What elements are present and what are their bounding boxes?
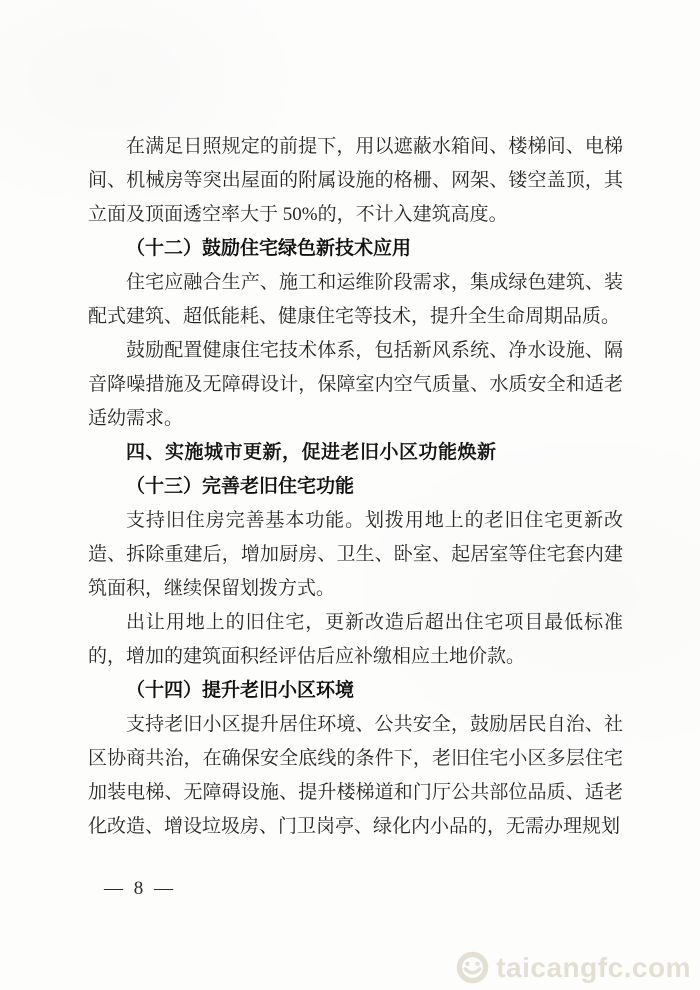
watermark-text: taicangfc.com: [496, 952, 691, 984]
section-heading-14: （十四）提升老旧小区环境: [88, 674, 623, 708]
section-heading-12: （十二）鼓励住宅绿色新技术应用: [88, 232, 623, 266]
paragraph-old-housing-functions: 支持旧住房完善基本功能。划拨用地上的老旧住宅更新改造、拆除重建后，增加厨房、卫生…: [88, 504, 623, 606]
chapter-heading-4: 四、实施城市更新，促进老旧小区功能焕新: [88, 436, 623, 470]
document-body: 在满足日照规定的前提下，用以遮蔽水箱间、楼梯间、电梯间、机械房等突出屋面的附属设…: [88, 130, 623, 844]
paragraph-old-community-env: 支持老旧小区提升居住环境、公共安全，鼓励居民自治、社区协商共治，在确保安全底线的…: [88, 708, 623, 844]
paragraph-land-price: 出让用地上的旧住宅，更新改造后超出住宅项目最低标准的，增加的建筑面积经评估后应补…: [88, 606, 623, 674]
document-page: 在满足日照规定的前提下，用以遮蔽水箱间、楼梯间、电梯间、机械房等突出屋面的附属设…: [0, 0, 700, 990]
page-number: — 8 —: [104, 878, 173, 900]
watermark: taicangfc.com: [456, 951, 691, 984]
smiley-face-icon: [456, 951, 489, 984]
paragraph-healthy-housing: 鼓励配置健康住宅技术体系，包括新风系统、净水设施、隔音降噪措施及无障碍设计，保障…: [88, 334, 623, 436]
paragraph-roof-structures: 在满足日照规定的前提下，用以遮蔽水箱间、楼梯间、电梯间、机械房等突出屋面的附属设…: [88, 130, 623, 232]
section-heading-13: （十三）完善老旧住宅功能: [88, 470, 623, 504]
paragraph-green-tech: 住宅应融合生产、施工和运维阶段需求，集成绿色建筑、装配式建筑、超低能耗、健康住宅…: [88, 266, 623, 334]
